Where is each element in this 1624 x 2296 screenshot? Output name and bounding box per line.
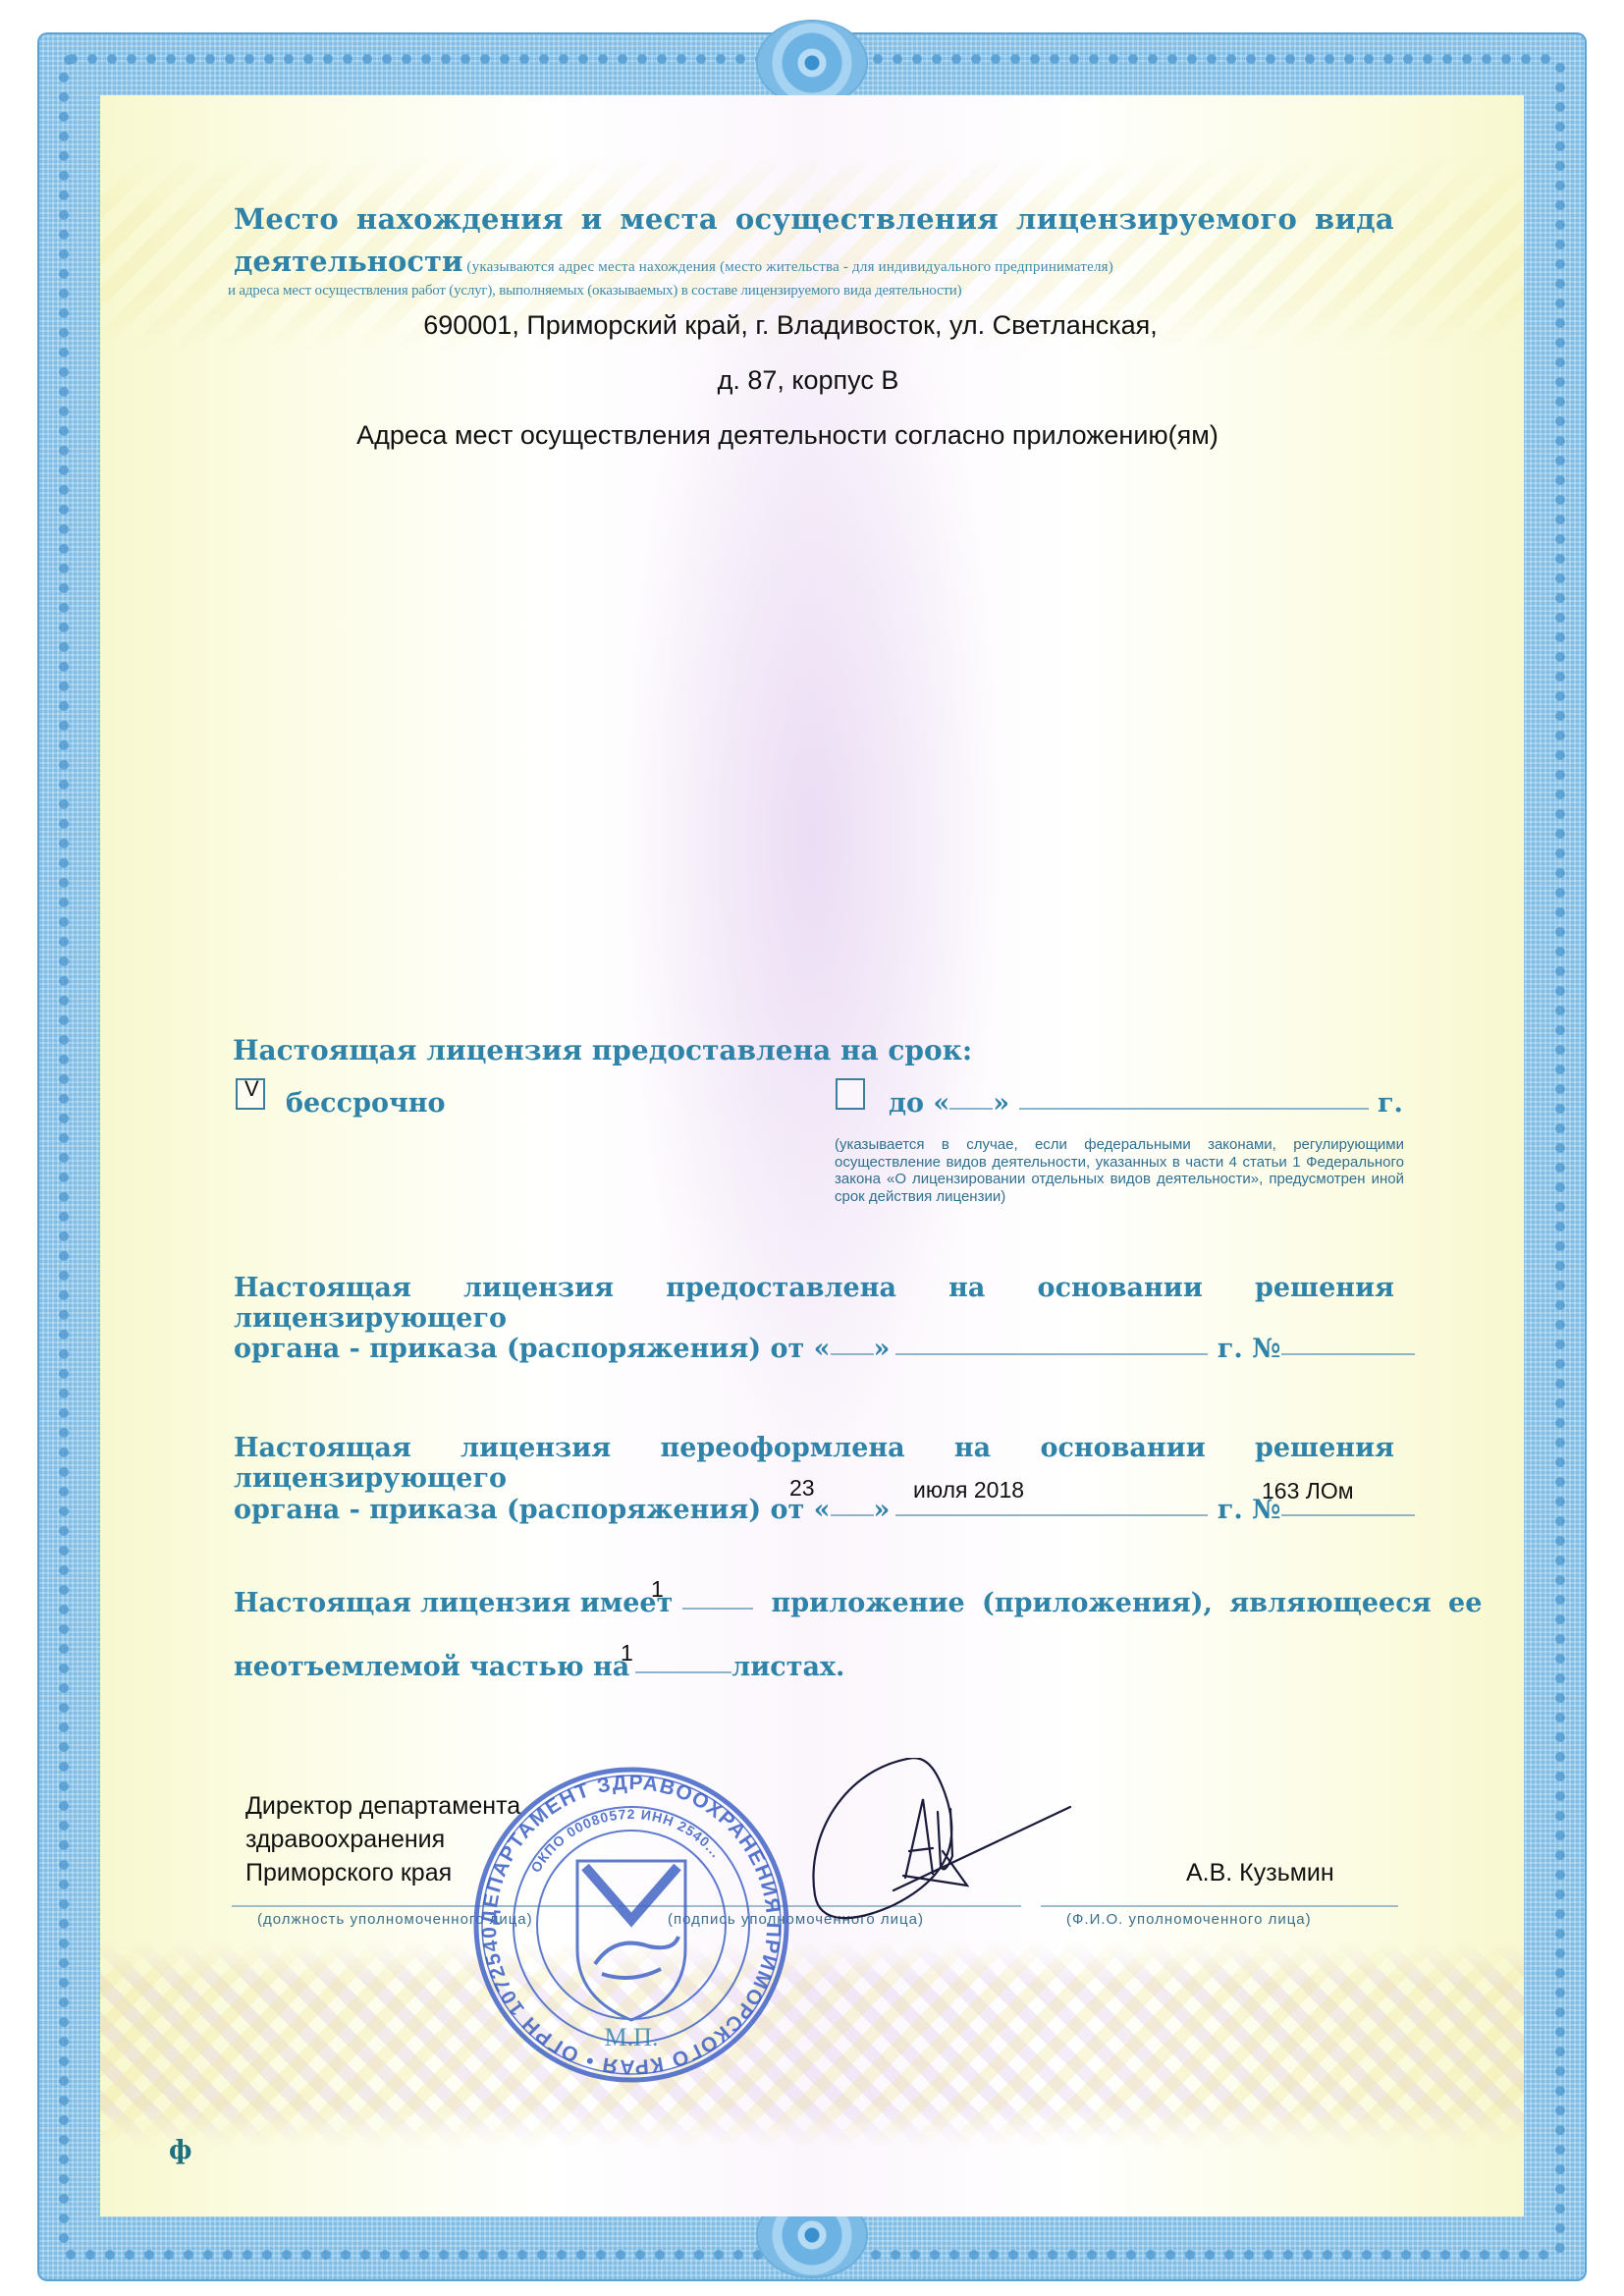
term-title: Настоящая лицензия предоставлена на срок…	[233, 1034, 972, 1066]
appendix-sheets-suffix: листах.	[731, 1652, 844, 1682]
signatory-name: А.В. Кузьмин	[1186, 1856, 1334, 1889]
option-until-date: до «» г.	[889, 1088, 1403, 1119]
address-line-1: 690001, Приморский край, г. Владивосток,…	[0, 310, 1602, 341]
location-heading-bold: деятельности	[234, 245, 462, 278]
appendix-sheets-value: 1	[621, 1640, 633, 1667]
granted-line-2: органа - приказа (распоряжения) от «» г.…	[234, 1334, 1394, 1364]
checkbox-until-date[interactable]	[836, 1078, 865, 1110]
until-mid: »	[993, 1088, 1009, 1119]
handwritten-signature	[785, 1758, 1080, 1935]
location-heading-line2: деятельности (указываются адрес места на…	[234, 242, 1394, 287]
appendix-line-1: Настоящая лицензия имеет приложение (при…	[234, 1588, 1394, 1618]
border-medallion-top	[758, 22, 866, 104]
option-indefinite-label: бессрочно	[286, 1088, 446, 1119]
checkbox-indefinite[interactable]: V	[236, 1078, 265, 1110]
until-suffix: г.	[1378, 1088, 1403, 1119]
appendix-suffix: приложение (приложения), являющееся ее	[772, 1588, 1483, 1618]
granted-prefix: органа - приказа (распоряжения) от «	[234, 1334, 831, 1364]
reissued-day-value: 23	[789, 1475, 815, 1502]
stamp-mp-mark: М.П.	[605, 2023, 659, 2051]
granted-month-field[interactable]	[895, 1352, 1208, 1355]
appendix-count-field[interactable]	[682, 1607, 753, 1610]
reissued-number-field[interactable]	[1281, 1513, 1415, 1516]
until-prefix: до «	[889, 1088, 949, 1119]
appendix-sheets-field[interactable]	[635, 1670, 731, 1673]
granted-line-1: Настоящая лицензия предоставлена на осно…	[234, 1273, 1394, 1334]
appendix-prefix: Настоящая лицензия имеет	[234, 1588, 673, 1618]
until-month-field[interactable]	[1019, 1107, 1369, 1110]
until-day-field[interactable]	[949, 1107, 993, 1110]
reissued-mid: »	[874, 1495, 891, 1525]
check-mark: V	[244, 1076, 259, 1102]
reissued-day-field[interactable]	[831, 1513, 874, 1516]
reissued-number-value: 163 ЛОм	[1262, 1478, 1354, 1504]
corner-mark: ф	[169, 2136, 191, 2165]
reissued-prefix: органа - приказа (распоряжения) от «	[234, 1495, 831, 1525]
reissued-month-field[interactable]	[895, 1513, 1208, 1516]
appendix-sheets-prefix: неотъемлемой частью на	[234, 1652, 629, 1682]
location-heading-note-line2: и адреса мест осуществления работ (услуг…	[228, 283, 1406, 300]
reissued-month-year-value: июля 2018	[913, 1477, 1024, 1503]
granted-number-label: г. №	[1218, 1334, 1281, 1364]
granted-number-field[interactable]	[1281, 1352, 1415, 1355]
appendix-count-value: 1	[651, 1576, 664, 1603]
appendix-line-2: неотъемлемой частью налистах.	[234, 1652, 1394, 1682]
address-line-2: д. 87, корпус В	[0, 365, 1620, 396]
caption-name: (Ф.И.О. уполномоченного лица)	[1066, 1911, 1312, 1928]
location-heading: Место нахождения и места осуществления л…	[234, 196, 1394, 242]
name-rule	[1041, 1905, 1398, 1907]
granted-day-field[interactable]	[831, 1352, 874, 1355]
term-note: (указывается в случае, если федеральными…	[835, 1136, 1404, 1205]
granted-mid: »	[874, 1334, 891, 1364]
address-line-3: Адреса мест осуществления деятельности с…	[0, 420, 1599, 451]
official-stamp: ДЕПАРТАМЕНТ ЗДРАВООХРАНЕНИЯ ПРИМОРСКОГО …	[469, 1763, 793, 2087]
location-heading-note: (указываются адрес места нахождения (мес…	[462, 259, 1112, 275]
security-pattern-bottom	[100, 1941, 1524, 2148]
